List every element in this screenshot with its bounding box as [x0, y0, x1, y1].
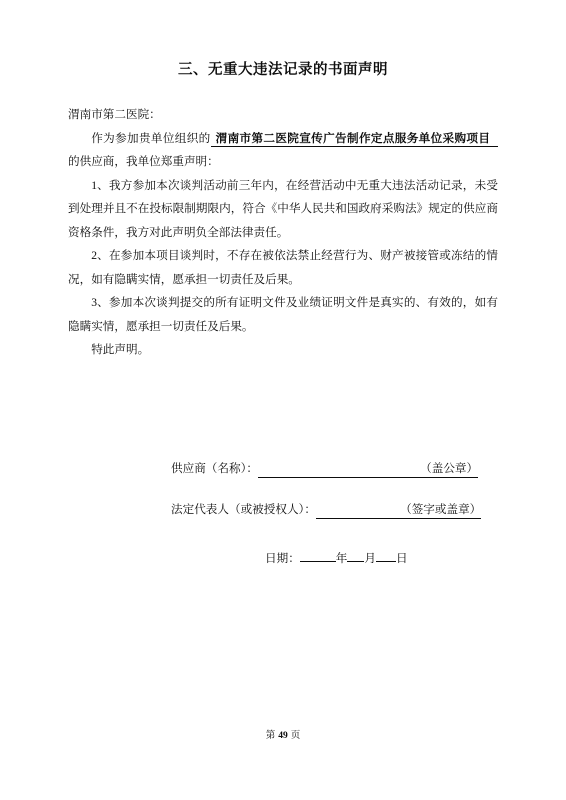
document-title: 三、无重大违法记录的书面声明 — [0, 0, 566, 80]
date-year-label: 年 — [336, 552, 348, 565]
footer-prefix: 第 — [266, 731, 276, 741]
date-day-label: 日 — [396, 552, 408, 565]
salutation-line: 渭南市第二医院： — [68, 103, 498, 127]
supplier-seal-label: （盖公章） — [258, 462, 478, 478]
date-year-blank — [300, 549, 336, 562]
supplier-label: 供应商（名称）： — [171, 462, 258, 475]
date-label: 日期： — [265, 552, 300, 565]
paragraph-intro: 作为参加贵单位组织的渭南市第二医院宣传广告制作定点服务单位采购项目的供应商，我单… — [68, 127, 498, 174]
footer-suffix: 页 — [291, 731, 301, 741]
date-month-label: 月 — [364, 552, 376, 565]
paragraph-item-2: 2、在参加本项目谈判时，不存在被依法禁止经营行为、财产被接管或冻结的情况，如有隐… — [68, 244, 498, 291]
supplier-signature-line: 供应商（名称）：（盖公章） — [171, 462, 478, 476]
closing-statement: 特此声明。 — [68, 338, 498, 362]
paragraph-item-3: 3、参加本次谈判提交的所有证明文件及业绩证明文件是真实的、有效的，如有隐瞒实情，… — [68, 291, 498, 338]
document-page: 三、无重大违法记录的书面声明 渭南市第二医院： 作为参加贵单位组织的渭南市第二医… — [0, 0, 566, 800]
page-footer: 第49页 — [0, 730, 566, 742]
intro-prefix-text: 作为参加贵单位组织的 — [91, 132, 210, 145]
representative-seal-label: （签字或盖章） — [316, 503, 481, 519]
date-line: 日期：年月日 — [265, 549, 408, 566]
date-month-blank — [347, 549, 364, 562]
footer-page-number: 49 — [278, 731, 288, 741]
date-day-blank — [376, 549, 396, 562]
intro-suffix-text: 的供应商，我单位郑重声明： — [68, 155, 219, 168]
project-name-underlined: 渭南市第二医院宣传广告制作定点服务单位采购项目 — [211, 132, 498, 147]
document-body: 渭南市第二医院： 作为参加贵单位组织的渭南市第二医院宣传广告制作定点服务单位采购… — [68, 103, 498, 362]
paragraph-item-1: 1、我方参加本次谈判活动前三年内，在经营活动中无重大违法活动记录，未受到处理并且… — [68, 174, 498, 245]
representative-signature-line: 法定代表人（或被授权人）：（签字或盖章） — [171, 503, 481, 517]
representative-label: 法定代表人（或被授权人）： — [171, 503, 316, 516]
